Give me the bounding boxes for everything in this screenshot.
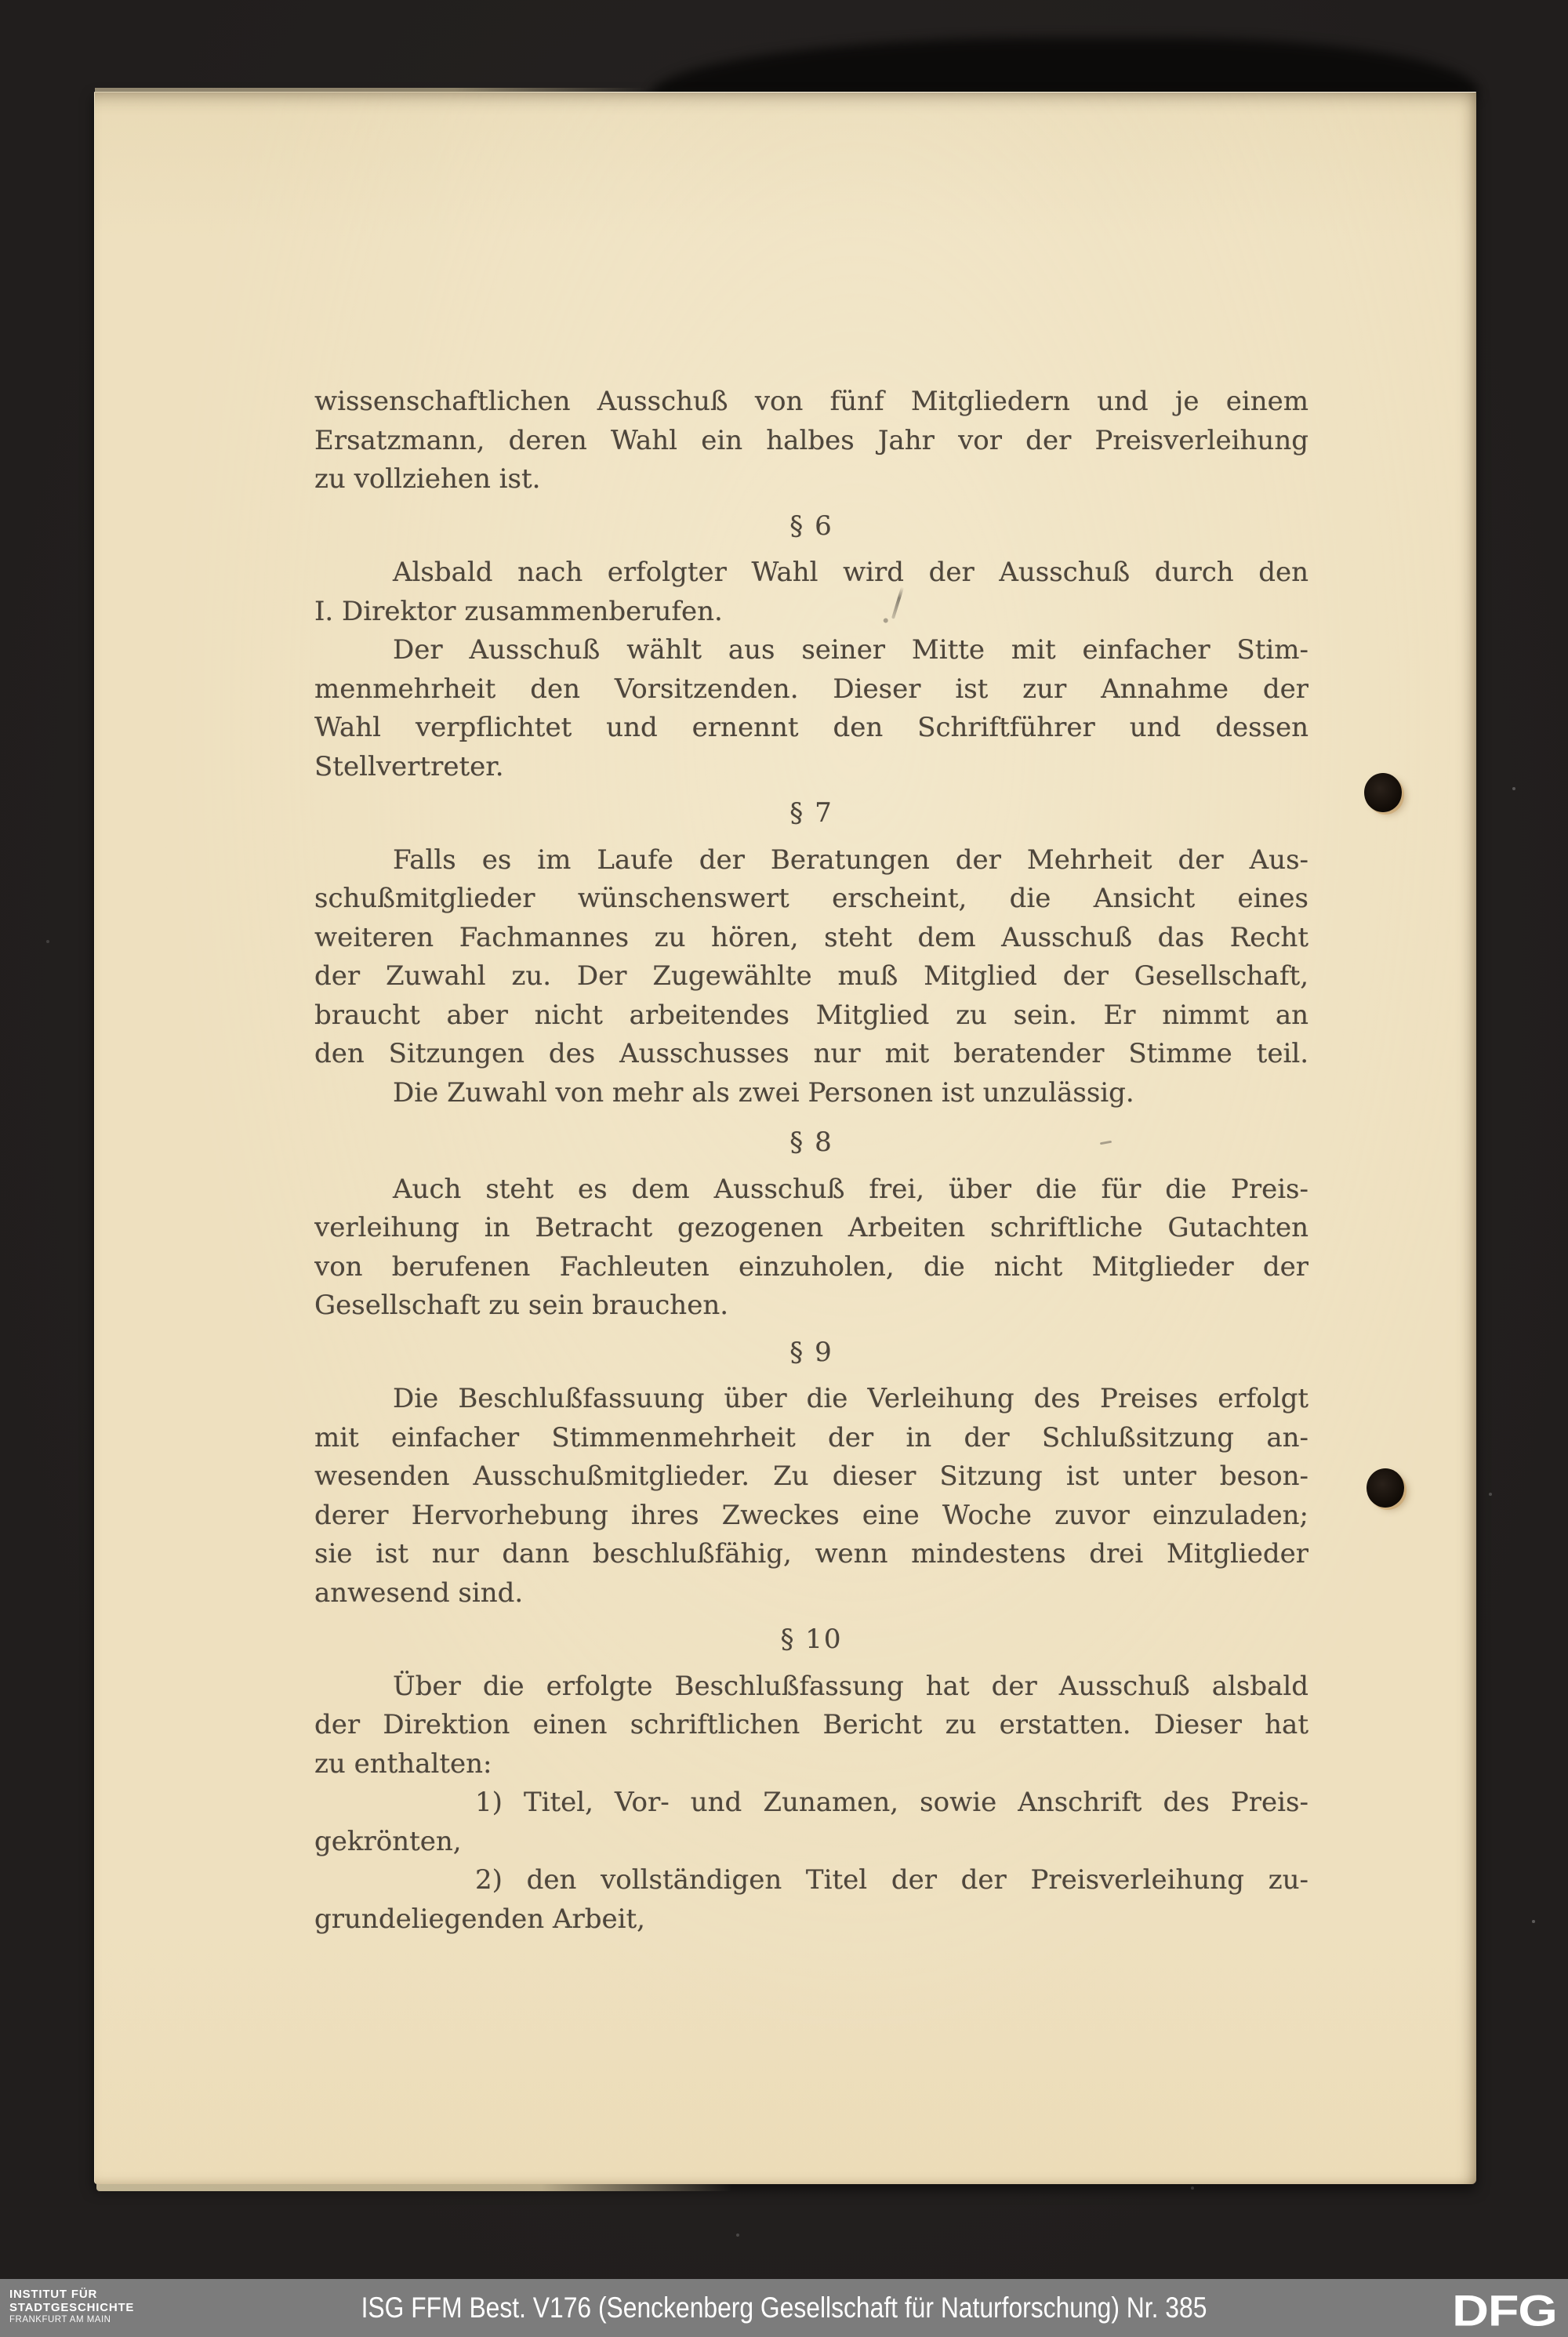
scan-background: wissenschaftlichen Ausschuß von fünf Mit… xyxy=(0,0,1568,2337)
section-heading: § 7 xyxy=(314,794,1308,833)
text-line: Die Beschlußfassuung über die Verleihung… xyxy=(314,1380,1308,1419)
footer-bar: INSTITUT FÜR STADTGESCHICHTE FRANKFURT A… xyxy=(0,2279,1568,2337)
paragraph: Alsbald nach erfolgter Wahl wird der Aus… xyxy=(314,553,1308,631)
text-line: Über die erfolgte Beschlußfassung hat de… xyxy=(314,1667,1308,1707)
text-line: von berufenen Fachleuten einzuholen, die… xyxy=(314,1248,1308,1287)
text-line: braucht aber nicht arbeitendes Mitglied … xyxy=(314,996,1308,1036)
text-line: I. Direktor zusammenberufen. xyxy=(314,593,1308,632)
paragraph: wissenschaftlichen Ausschuß von fünf Mit… xyxy=(314,383,1308,499)
text-line: Stellvertreter. xyxy=(314,748,1308,787)
section-heading: § 6 xyxy=(314,507,1308,546)
text-line: wesenden Ausschußmitglieder. Zu dieser S… xyxy=(314,1457,1308,1497)
text-line: Auch steht es dem Ausschuß frei, über di… xyxy=(314,1170,1308,1210)
under-sheet-edge-bottom xyxy=(96,2184,732,2191)
document-text: wissenschaftlichen Ausschuß von fünf Mit… xyxy=(314,383,1308,1939)
section-heading: § 9 xyxy=(314,1334,1308,1373)
section-heading: § 8 xyxy=(314,1123,1308,1163)
text-line: Der Ausschuß wählt aus seiner Mitte mit … xyxy=(314,631,1308,670)
paragraph: Der Ausschuß wählt aus seiner Mitte mit … xyxy=(314,631,1308,786)
text-line: menmehrheit den Vorsitzenden. Dieser ist… xyxy=(314,670,1308,709)
paragraph: Die Beschlußfassuung über die Verleihung… xyxy=(314,1380,1308,1613)
text-line: Gesellschaft zu sein brauchen. xyxy=(314,1286,1308,1326)
text-line: wissenschaftlichen Ausschuß von fünf Mit… xyxy=(314,383,1308,422)
text-line: Die Zuwahl von mehr als zwei Personen is… xyxy=(314,1074,1308,1113)
text-line: Alsbald nach erfolgter Wahl wird der Aus… xyxy=(314,553,1308,593)
text-line: verleihung in Betracht gezogenen Arbeite… xyxy=(314,1209,1308,1248)
text-line: den Sitzungen des Ausschusses nur mit be… xyxy=(314,1035,1308,1074)
text-line: 2) den vollständigen Titel der der Preis… xyxy=(314,1861,1308,1900)
paragraph: Über die erfolgte Beschlußfassung hat de… xyxy=(314,1667,1308,1784)
text-line: der Zuwahl zu. Der Zugewählte muß Mitgli… xyxy=(314,957,1308,996)
text-line: gekrönten, xyxy=(314,1823,1308,1862)
section-heading: § 10 xyxy=(314,1620,1308,1660)
text-line: derer Hervorhebung ihres Zweckes eine Wo… xyxy=(314,1497,1308,1536)
paragraph: Auch steht es dem Ausschuß frei, über di… xyxy=(314,1170,1308,1326)
text-line: Ersatzmann, deren Wahl ein halbes Jahr v… xyxy=(314,422,1308,461)
text-line: weiteren Fachmannes zu hören, steht dem … xyxy=(314,919,1308,958)
text-line: der Direktion einen schriftlichen Berich… xyxy=(314,1706,1308,1745)
text-line: Falls es im Laufe der Beratungen der Meh… xyxy=(314,841,1308,880)
text-line: anwesend sind. xyxy=(314,1574,1308,1613)
paragraph: 1) Titel, Vor- und Zunamen, sowie Anschr… xyxy=(314,1784,1308,1861)
paragraph: Die Zuwahl von mehr als zwei Personen is… xyxy=(314,1074,1308,1113)
text-line: sie ist nur dann beschlußfähig, wenn min… xyxy=(314,1535,1308,1574)
page-curl-shadow xyxy=(651,38,1478,99)
paragraph: 2) den vollständigen Titel der der Preis… xyxy=(314,1861,1308,1939)
footer-reference: ISG FFM Best. V176 (Senckenberg Gesellsc… xyxy=(110,2279,1458,2337)
punch-hole-bottom xyxy=(1367,1468,1404,1508)
dfg-logo: DFG xyxy=(1452,2286,1557,2335)
text-line: mit einfacher Stimmenmehrheit der in der… xyxy=(314,1419,1308,1458)
text-line: grundeliegenden Arbeit, xyxy=(314,1900,1308,1940)
text-line: 1) Titel, Vor- und Zunamen, sowie Anschr… xyxy=(314,1784,1308,1823)
background-speckles xyxy=(0,0,2,2)
text-line: zu vollziehen ist. xyxy=(314,460,1308,499)
text-line: zu enthalten: xyxy=(314,1745,1308,1784)
text-line: schußmitglieder wünschenswert erscheint,… xyxy=(314,880,1308,919)
under-sheet-edge-top xyxy=(95,88,648,93)
punch-hole-top xyxy=(1364,773,1402,812)
paragraph: Falls es im Laufe der Beratungen der Meh… xyxy=(314,841,1308,1074)
text-line: Wahl verpflichtet und ernennt den Schrif… xyxy=(314,709,1308,748)
document-page: wissenschaftlichen Ausschuß von fünf Mit… xyxy=(94,92,1476,2184)
